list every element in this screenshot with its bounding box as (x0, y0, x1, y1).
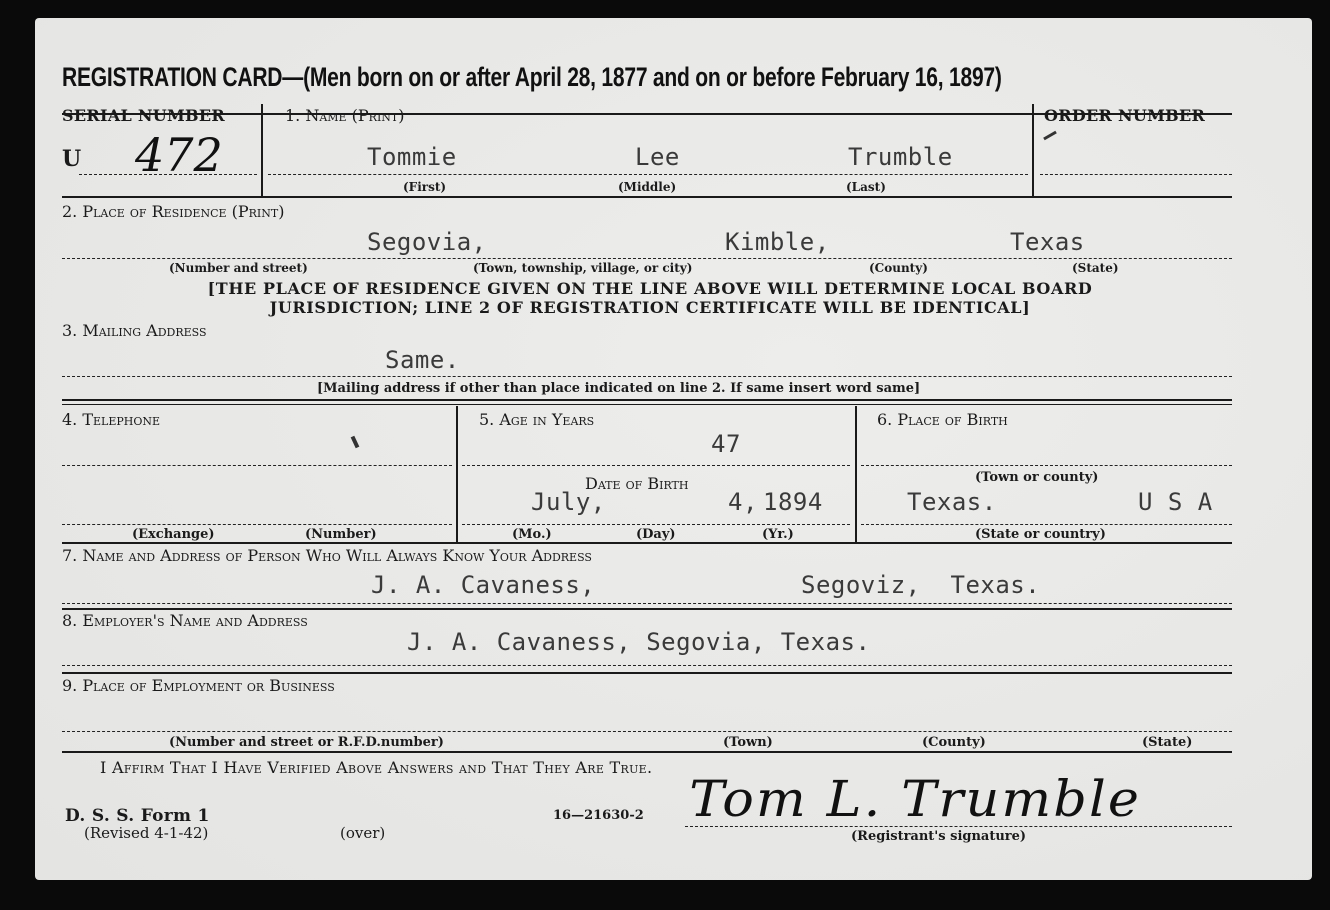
name-middle-value[interactable]: Lee (635, 143, 680, 171)
caption-month: (Mo.) (512, 527, 552, 542)
telephone-mark (351, 436, 360, 449)
birthplace-underline-2 (861, 524, 1232, 525)
residence-underline (62, 258, 1232, 259)
caption-exchange: (Exchange) (132, 527, 215, 542)
caption-state-or-country: (State or country) (975, 527, 1106, 542)
caption-street: (Number and street) (169, 261, 308, 275)
order-underline (1040, 174, 1232, 175)
dob-underline (462, 524, 850, 525)
caption-employment-street: (Number and street or R.F.D.number) (169, 735, 444, 750)
revision-date: (Revised 4-1-42) (84, 824, 208, 842)
jurisdiction-notice: [THE PLACE OF RESIDENCE GIVEN ON THE LIN… (125, 279, 1175, 317)
contact-name-value[interactable]: J. A. Cavaness, (371, 571, 595, 599)
place-of-birth-label: 6. Place of Birth (877, 410, 1008, 429)
signature-underline (685, 826, 1232, 827)
notice-line-2: JURISDICTION; LINE 2 OF REGISTRATION CER… (125, 298, 1175, 317)
residence-label: 2. Place of Residence (Print) (62, 202, 284, 221)
divider (855, 406, 857, 542)
notice-line-1: [THE PLACE OF RESIDENCE GIVEN ON THE LIN… (125, 279, 1175, 298)
dob-month-value[interactable]: July, (531, 488, 606, 516)
contact-underline (62, 603, 1232, 604)
age-label: 5. Age in Years (479, 410, 594, 429)
caption-town: (Town, township, village, or city) (473, 261, 692, 275)
registrant-signature[interactable]: Tom L. Trumble (689, 770, 1141, 828)
serial-underline (79, 174, 257, 175)
birthplace-state-value[interactable]: Texas. (907, 488, 997, 516)
divider (456, 406, 458, 542)
divider (261, 104, 263, 196)
divider (1032, 104, 1034, 196)
mailing-underline (62, 376, 1232, 377)
row-rule (62, 672, 1232, 674)
registration-card: REGISTRATION CARD—(Men born on or after … (35, 18, 1312, 880)
name-underline (268, 174, 1028, 175)
mailing-address-label: 3. Mailing Address (62, 321, 207, 340)
order-number-label: ORDER NUMBER (1044, 106, 1205, 125)
serial-number-label: SERIAL NUMBER (62, 106, 225, 125)
telephone-underline-1 (62, 465, 452, 466)
caption-state: (State) (1072, 261, 1119, 275)
residence-county-value[interactable]: Kimble, (725, 228, 830, 256)
name-last-value[interactable]: Trumble (848, 143, 953, 171)
employment-label: 9. Place of Employment or Business (62, 676, 335, 695)
row-rule (62, 751, 1232, 753)
birthplace-underline-1 (861, 465, 1232, 466)
mailing-address-value[interactable]: Same. (385, 346, 460, 374)
dob-year-value[interactable]: 1894 (763, 488, 823, 516)
mailing-caption: [Mailing address if other than place ind… (317, 381, 920, 396)
row-rule (62, 608, 1232, 610)
caption-signature: (Registrant's signature) (851, 829, 1026, 844)
dob-day-value[interactable]: 4, (728, 488, 758, 516)
residence-state-value[interactable]: Texas (1010, 228, 1085, 256)
form-number: D. S. S. Form 1 (65, 806, 210, 826)
row-rule (62, 542, 1232, 544)
order-number-mark (1043, 131, 1057, 141)
age-underline (462, 465, 850, 466)
caption-first: (First) (403, 180, 446, 194)
contact-label: 7. Name and Address of Person Who Will A… (62, 546, 592, 565)
employer-label: 8. Employer's Name and Address (62, 611, 308, 630)
birthplace-country-value[interactable]: U S A (1138, 488, 1213, 516)
affirmation-text: I Affirm That I Have Verified Above Answ… (100, 758, 652, 777)
residence-town-value[interactable]: Segovia, (367, 228, 487, 256)
over-note: (over) (340, 824, 385, 842)
print-code: 16—21630-2 (553, 808, 644, 823)
row-rule (62, 399, 1232, 401)
caption-year: (Yr.) (762, 527, 794, 542)
employer-value[interactable]: J. A. Cavaness, Segovia, Texas. (407, 628, 870, 656)
caption-employment-state: (State) (1142, 735, 1192, 750)
employer-underline (62, 665, 1232, 666)
caption-number: (Number) (305, 527, 377, 542)
name-first-value[interactable]: Tommie (367, 143, 457, 171)
caption-employment-county: (County) (922, 735, 986, 750)
name-label: 1. Name (Print) (285, 106, 405, 125)
telephone-underline-2 (62, 524, 452, 525)
caption-town-or-county: (Town or county) (975, 470, 1098, 485)
row-rule (62, 404, 1232, 405)
row-rule (62, 196, 1232, 198)
age-value[interactable]: 47 (711, 430, 741, 458)
card-title: REGISTRATION CARD—(Men born on or after … (62, 62, 1002, 93)
contact-address-value[interactable]: Segoviz, Texas. (801, 571, 1040, 599)
caption-employment-town: (Town) (723, 735, 773, 750)
caption-middle: (Middle) (618, 180, 676, 194)
telephone-label: 4. Telephone (62, 410, 160, 429)
caption-county: (County) (869, 261, 928, 275)
caption-last: (Last) (846, 180, 886, 194)
employment-underline (62, 731, 1232, 732)
caption-day: (Day) (636, 527, 676, 542)
serial-prefix: U (62, 146, 81, 172)
